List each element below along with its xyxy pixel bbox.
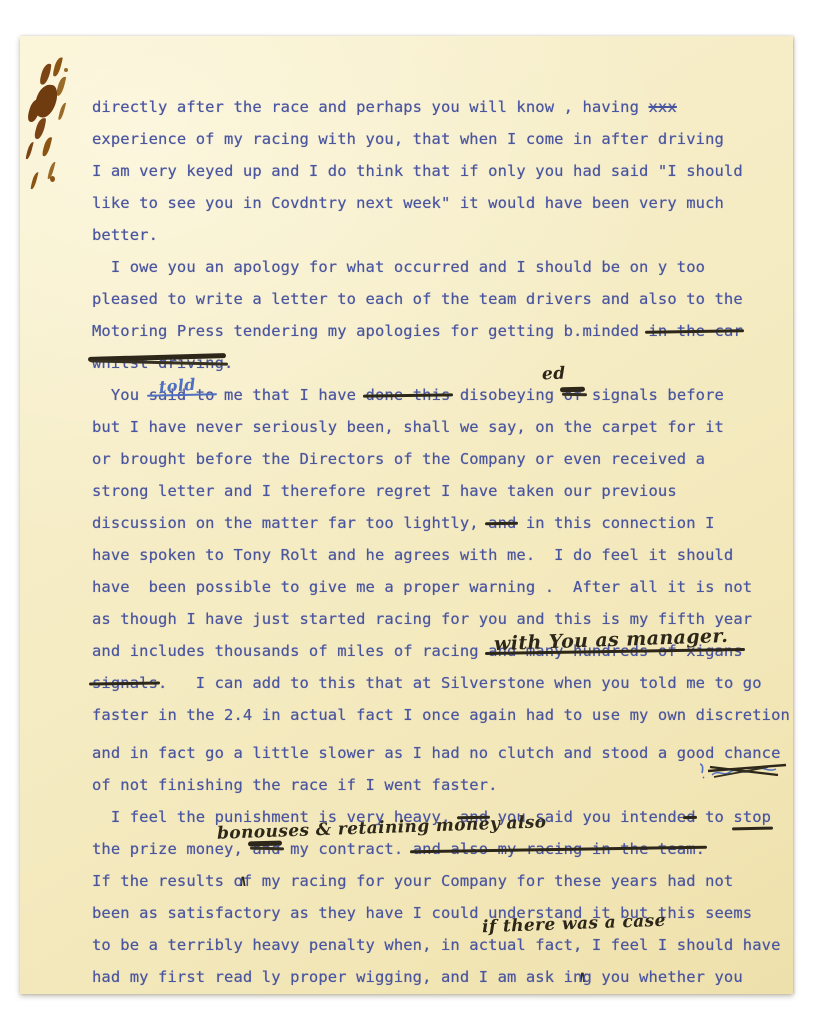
text-segment: have spoken to Tony Rolt and he agrees w…: [92, 539, 733, 571]
letter-line: directly after the race and perhaps you …: [92, 91, 792, 123]
letter-line: I am very keyed up and I do think that i…: [92, 155, 792, 187]
text-segment: had my first read ly proper wigging, and…: [92, 961, 743, 993]
struck-text: and also my racing in the team.: [413, 833, 705, 865]
text-segment: directly after the race and perhaps you …: [92, 91, 648, 123]
letter-line: of not finishing the race if I went fast…: [92, 769, 792, 801]
letter-line: pleased to write a letter to each of the…: [92, 283, 792, 315]
letter-line: discussion on the matter far too lightly…: [92, 507, 792, 539]
text-segment: disobeying: [450, 379, 554, 411]
text-segment: but I have never seriously been, shall w…: [92, 411, 724, 443]
text-segment: my contract.: [281, 833, 413, 865]
struck-text: and many hundreds of xiganswith You as m…: [488, 635, 743, 667]
letter-line: strong letter and I therefore regret I h…: [92, 475, 792, 507]
struck-text: d: [686, 801, 695, 833]
text-segment: pleased to write a letter to each of the…: [92, 283, 743, 315]
scanned-letter-photo: directly after the race and perhaps you …: [0, 0, 814, 1024]
text-segment: signals before: [583, 379, 724, 411]
text-segment: of not finishing the race if I went fast…: [92, 769, 498, 801]
handwritten-note: told: [158, 377, 196, 396]
text-segment: .: [224, 347, 233, 379]
text-segment: better.: [92, 219, 158, 251]
stain-speck: [64, 68, 68, 72]
text-segment: or brought before the Directors of the C…: [92, 443, 705, 475]
scribble-crossout-icon: [698, 757, 794, 787]
text-segment: discussion on the matter far too lightly…: [92, 507, 488, 539]
struck-text: whilst driving: [92, 347, 224, 379]
stain-speck: [50, 176, 55, 182]
handwritten-note: with You as manager.: [494, 627, 729, 654]
ink-stain: [32, 82, 60, 120]
text-segment: experience of my racing with you, that w…: [92, 123, 724, 155]
text-segment: in this connection I: [516, 507, 714, 539]
struck-text: signals: [92, 667, 158, 699]
letter-line: like to see you in Covdntry next week" i…: [92, 187, 792, 219]
letter-line: experience of my racing with you, that w…: [92, 123, 792, 155]
text-segment: and in fact go a little slower as I had …: [92, 737, 781, 769]
letter-line: whilst driving.: [92, 347, 792, 379]
letter-line: You said totold me that I have done this…: [92, 379, 792, 411]
struck-text: done this: [366, 379, 451, 411]
letter-line: I owe you an apology for what occurred a…: [92, 251, 792, 283]
text-segment: Motoring Press tendering my apologies fo…: [92, 315, 648, 347]
struck-text: in the car: [648, 315, 742, 347]
letter-line: better.: [92, 219, 792, 251]
text-segment: me that I have: [215, 379, 366, 411]
letter-body: directly after the race and perhaps you …: [92, 91, 792, 993]
letter-line: had my first read ly proper wigging, and…: [92, 961, 792, 993]
letter-line: been as satisfactory as they have I coul…: [92, 897, 792, 929]
text-segment: like to see you in Covdntry next week" i…: [92, 187, 724, 219]
letter-line: signals. I can add to this that at Silve…: [92, 667, 792, 699]
text-segment: You: [92, 379, 149, 411]
struck-text: xxx: [648, 91, 676, 123]
text-segment: strong letter and I therefore regret I h…: [92, 475, 677, 507]
letter-line: have spoken to Tony Rolt and he agrees w…: [92, 539, 792, 571]
letter-line: to be a terribly heavy penalty when, in …: [92, 929, 792, 961]
text-segment: stop: [733, 801, 771, 833]
text-segment: and includes thousands of miles of racin…: [92, 635, 488, 667]
letter-line: If the results of my racing for your Com…: [92, 865, 792, 897]
text-segment: I owe you an apology for what occurred a…: [92, 251, 705, 283]
letter-line: but I have never seriously been, shall w…: [92, 411, 792, 443]
letter-page: directly after the race and perhaps you …: [20, 36, 793, 994]
letter-line: have been possible to give me a proper w…: [92, 571, 792, 603]
letter-line: the prize money,∧bonouses & retaining mo…: [92, 833, 792, 865]
struck-text: and: [488, 507, 516, 539]
text-segment: have been possible to give me a proper w…: [92, 571, 752, 603]
text-segment: I am very keyed up and I do think that i…: [92, 155, 743, 187]
letter-line: Motoring Press tendering my apologies fo…: [92, 315, 792, 347]
letter-line: faster in the 2.4 in actual fact I once …: [92, 699, 792, 731]
struck-text: of: [564, 379, 583, 411]
text-segment: . I can add to this that at Silverstone …: [158, 667, 762, 699]
letter-line: or brought before the Directors of the C…: [92, 443, 792, 475]
letter-line: and in fact go a little slower as I had …: [92, 737, 792, 769]
struck-text: said totold: [149, 379, 215, 411]
struck-text: and: [252, 833, 280, 865]
text-segment: to: [696, 801, 734, 833]
text-segment: I feel I should have: [582, 929, 780, 961]
text-segment: If the results of my racing for your Com…: [92, 865, 733, 897]
text-segment: faster in the 2.4 in actual fact I once …: [92, 699, 790, 731]
letter-line: and includes thousands of miles of racin…: [92, 635, 792, 667]
